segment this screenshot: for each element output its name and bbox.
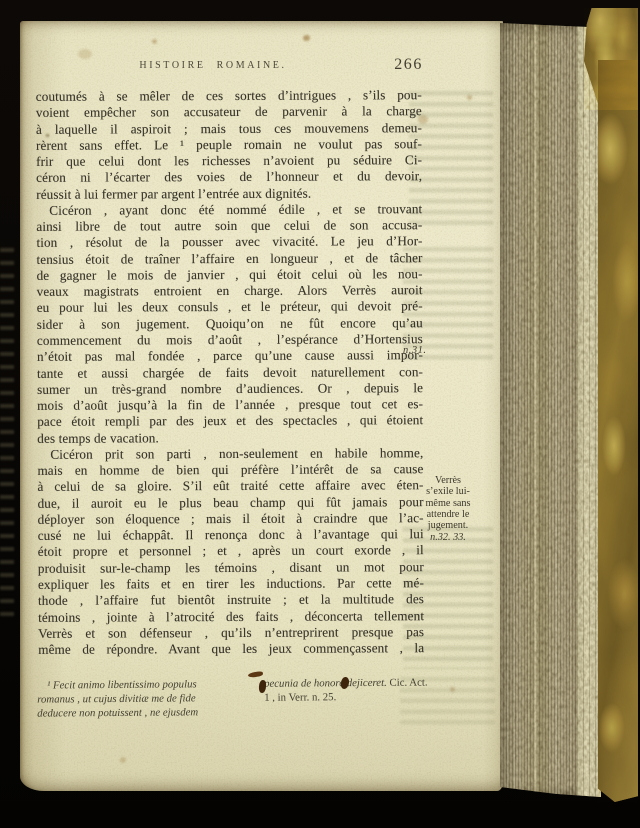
foxing-spot <box>303 35 310 41</box>
text-line: veaux magistrats entroient en charge. Al… <box>37 282 423 300</box>
text-line: Cicéron prit son parti , non-seulement e… <box>37 445 423 463</box>
margin-note-line: attendre le <box>403 509 493 520</box>
text-line: Verrès et son défenseur , qu’ils n’entre… <box>38 624 424 642</box>
text-line: tante et aussi chargée de faits devoit n… <box>37 364 423 382</box>
fore-edge-crease <box>533 23 538 797</box>
text-line: expliquer les faits et en tirer les indu… <box>38 575 424 593</box>
foxing-spot <box>78 49 92 59</box>
footnote-latin: pecunia de honore dejiceret. <box>264 677 387 690</box>
book-fore-edge <box>500 23 601 797</box>
book-page: HISTOIRE ROMAINE. 266 coutumés à se mêle… <box>20 21 503 791</box>
margin-note-ref: n.32. 33. <box>403 532 493 543</box>
text-line: coutumés à se mêler de ces sortes d’intr… <box>36 87 422 105</box>
text-line: voient empêcher son accusateur de parven… <box>36 103 422 121</box>
text-line: étoit propre et personnel ; et , après u… <box>38 543 424 561</box>
footnote-line: 1 , in Verr. n. 25. <box>264 689 444 704</box>
footnote-column-2: pecunia de honore dejiceret. Cic. Act. 1… <box>264 675 444 704</box>
text-line: témoins , jointe à l’atrocité des faits … <box>38 608 424 626</box>
text-line: thode , l’affaire fut bientôt instruite … <box>38 591 424 609</box>
text-line: n’étoit pas mal fondée , parce qu’une ca… <box>37 347 423 365</box>
text-line: des temps de vacation. <box>37 429 423 447</box>
foxing-spot <box>152 39 157 44</box>
text-line: mais en homme de bien qui préfère l’inté… <box>37 461 423 479</box>
footnote-column-1: ¹ Fecit animo libentissimo populus roman… <box>37 677 237 721</box>
text-line: même de répondre. Avant que les jeux com… <box>38 640 424 658</box>
footnote-line: romanus , ut cujus divitiæ me de fide <box>37 691 237 707</box>
text-line: de gagner le mois de janvier , qui étoit… <box>37 266 423 284</box>
text-line: due, il auroit eu le plus beau champ qui… <box>38 494 424 512</box>
margin-note-line: s’exile lui- <box>403 486 493 497</box>
margin-note-ref: n.31. <box>403 345 427 356</box>
text-line: tensius étoit de traîner l’affaire en lo… <box>36 250 422 268</box>
book-scan: HISTOIRE ROMAINE. 266 coutumés à se mêle… <box>0 0 640 828</box>
page-header: HISTOIRE ROMAINE. 266 <box>37 60 423 80</box>
margin-note-line: même sans <box>403 498 493 509</box>
footnote-line: pecunia de honore dejiceret. Cic. Act. <box>264 675 444 690</box>
body-text: coutumés à se mêler de ces sortes d’intr… <box>36 87 424 658</box>
margin-note: Verrès s’exile lui- même sans attendre l… <box>403 475 493 544</box>
footnote-line: deducere non potuissent , ne ejusdem <box>37 705 237 721</box>
text-line: céron ni l’écarter des voies de l’honneu… <box>36 168 422 186</box>
text-line: ainsi libre de tout autre soin que celui… <box>36 217 422 235</box>
text-line: rèrent sans effet. Le ¹ peuple romain ne… <box>36 136 422 154</box>
text-line: cusé ne lui échappât. Il renonça donc à … <box>38 526 424 544</box>
fore-edge-light-band <box>577 23 601 797</box>
page-number: 266 <box>394 56 423 74</box>
text-line: mois d’août jusqu’à la fin de l’année , … <box>37 396 423 414</box>
text-line: produisit sur-le-champ les témoins , dis… <box>38 559 424 577</box>
text-line: Cicéron , ayant donc été nommé édile , e… <box>36 201 422 219</box>
margin-note-line: Verrès <box>403 475 493 486</box>
ink-blot <box>248 671 264 678</box>
text-line: sumer un très-grand nombre d’audiences. … <box>37 380 423 398</box>
foxing-spot <box>120 757 126 763</box>
text-line: commencement du mois d’août , l’espéranc… <box>37 331 423 349</box>
footnote: ¹ Fecit animo libentissimo populus roman… <box>37 675 443 678</box>
text-line: sider à son jugement. Quoiqu’on ne fût e… <box>37 315 423 333</box>
paragraph: Cicéron prit son parti , non-seulement e… <box>37 445 424 658</box>
paragraph: Cicéron , ayant donc été nommé édile , e… <box>36 201 423 447</box>
footnote-citation: Cic. Act. <box>389 677 427 689</box>
paragraph: coutumés à se mêler de ces sortes d’intr… <box>36 87 422 203</box>
text-line: frir que celui dont les richesses n’avoi… <box>36 152 422 170</box>
text-line: à laquelle il aspiroit ; mais tous ces m… <box>36 120 422 138</box>
margin-note-line: jugement. <box>403 520 493 531</box>
marbled-cover-edge <box>598 60 638 802</box>
text-line: déployer son éloquence ; mais il étoit à… <box>38 510 424 528</box>
text-line: réussit à lui fermer par argent l’entrée… <box>36 185 422 203</box>
text-line: tion , résolut de la pousser avec vivaci… <box>36 234 422 252</box>
footnote-line: ¹ Fecit animo libentissimo populus <box>37 677 237 693</box>
text-line: eu pour lui les deux consuls , et le pré… <box>37 299 423 317</box>
text-line: pace étoit rempli par des jeux et des sp… <box>37 412 423 430</box>
running-title: HISTOIRE ROMAINE. <box>37 60 423 71</box>
text-line: à celui de sa gloire. S’il eût traité ce… <box>37 478 423 496</box>
left-edge-ghost-text <box>0 248 14 620</box>
